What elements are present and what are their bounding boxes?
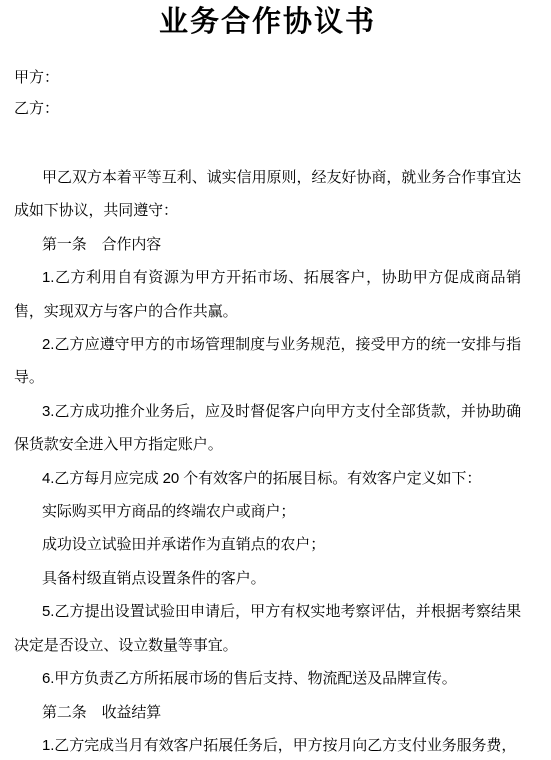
document-page: 业务合作协议书 甲方： 乙方： 甲乙双方本着平等互利、诚实信用原则，经友好协商，… bbox=[0, 0, 551, 760]
paragraph-item-1-5: 5.乙方提出设置试验田申请后，甲方有权实地考察评估，并根据考察结果决定是否设立、… bbox=[14, 595, 521, 662]
paragraph-item-2-1: 1.乙方完成当月有效客户拓展任务后，甲方按月向乙方支付业务服务费， bbox=[14, 729, 521, 760]
paragraph-definition-3: 具备村级直销点设置条件的客户。 bbox=[14, 562, 521, 595]
document-title: 业务合作协议书 bbox=[14, 0, 521, 42]
paragraph-item-1-2: 2.乙方应遵守甲方的市场管理制度与业务规范，接受甲方的统一安排与指导。 bbox=[14, 328, 521, 395]
paragraph-definition-1: 实际购买甲方商品的终端农户或商户； bbox=[14, 495, 521, 528]
paragraph-section-2: 第二条 收益结算 bbox=[14, 696, 521, 729]
party-b-line: 乙方： bbox=[14, 93, 521, 124]
document-content: 业务合作协议书 甲方： 乙方： 甲乙双方本着平等互利、诚实信用原则，经友好协商，… bbox=[0, 0, 551, 760]
paragraph-item-1-6: 6.甲方负责乙方所拓展市场的售后支持、物流配送及品牌宣传。 bbox=[14, 662, 521, 695]
paragraph-preamble: 甲乙双方本着平等互利、诚实信用原则，经友好协商，就业务合作事宜达成如下协议，共同… bbox=[14, 161, 521, 228]
document-body: 甲乙双方本着平等互利、诚实信用原则，经友好协商，就业务合作事宜达成如下协议，共同… bbox=[14, 161, 521, 760]
paragraph-definition-2: 成功设立试验田并承诺作为直销点的农户； bbox=[14, 528, 521, 561]
paragraph-section-1: 第一条 合作内容 bbox=[14, 228, 521, 261]
party-a-line: 甲方： bbox=[14, 62, 521, 93]
paragraph-item-1-3: 3.乙方成功推介业务后，应及时督促客户向甲方支付全部货款，并协助确保货款安全进入… bbox=[14, 395, 521, 462]
paragraph-item-1-1: 1.乙方利用自有资源为甲方开拓市场、拓展客户，协助甲方促成商品销售，实现双方与客… bbox=[14, 261, 521, 328]
paragraph-item-1-4: 4.乙方每月应完成 20 个有效客户的拓展目标。有效客户定义如下： bbox=[14, 462, 521, 495]
